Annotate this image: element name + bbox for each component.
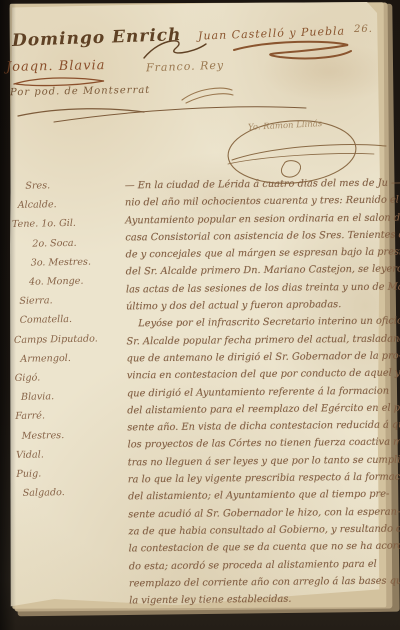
margin-attendee-list: Sres. Alcalde. Tene. 1o. Gil. 2o. Soca. … bbox=[9, 175, 127, 503]
page-number: 26. bbox=[354, 24, 373, 35]
margin-name: Alcalde. bbox=[9, 194, 121, 215]
margin-name: Tene. 1o. Gil. bbox=[10, 213, 122, 234]
margin-name: Salgado. bbox=[15, 482, 127, 503]
body-line: del alistamiento; el Ayuntamiento que al… bbox=[128, 486, 392, 506]
signature-joaquin-blavia: Joaqn. Blavia bbox=[6, 58, 106, 75]
margin-name: Mestres. bbox=[14, 425, 126, 446]
margin-header: Sres. bbox=[9, 175, 121, 196]
signature-flourish bbox=[230, 38, 355, 64]
body-line: nio del año mil ochocientos cuarenta y t… bbox=[125, 192, 389, 212]
body-line: vincia en contestacion del que por condu… bbox=[127, 365, 391, 385]
margin-name: Camps Diputado. bbox=[12, 329, 124, 350]
body-line: la vigente ley tiene establecidas. bbox=[129, 590, 393, 610]
margin-name: Blavia. bbox=[13, 386, 125, 407]
body-line: las actas de las sesiones de los dias tr… bbox=[126, 278, 390, 298]
margin-name: Armengol. bbox=[12, 348, 124, 369]
act-body-text: — En la ciudad de Lérida á cuatro dias d… bbox=[125, 175, 394, 610]
signature-flourish bbox=[140, 34, 210, 66]
manuscript-photo: 26. Domingo Enrich Juan Castelló y Puebl… bbox=[0, 0, 400, 630]
margin-name: Puig. bbox=[14, 463, 126, 484]
margin-name: Farré. bbox=[13, 405, 125, 426]
margin-name: Gigó. bbox=[13, 367, 125, 388]
margin-name: Vidal. bbox=[14, 444, 126, 465]
margin-name: Comatella. bbox=[12, 309, 124, 330]
margin-name: 4o. Monge. bbox=[11, 271, 123, 292]
margin-name: 2o. Soca. bbox=[10, 233, 122, 254]
body-line: la contestacion de que se da cuenta que … bbox=[129, 538, 393, 558]
margin-name: 3o. Mestres. bbox=[11, 252, 123, 273]
signature-flourish bbox=[10, 74, 110, 92]
body-line: reemplazo del corriente año con arreglo … bbox=[129, 572, 393, 592]
margin-name: Sierra. bbox=[11, 290, 123, 311]
